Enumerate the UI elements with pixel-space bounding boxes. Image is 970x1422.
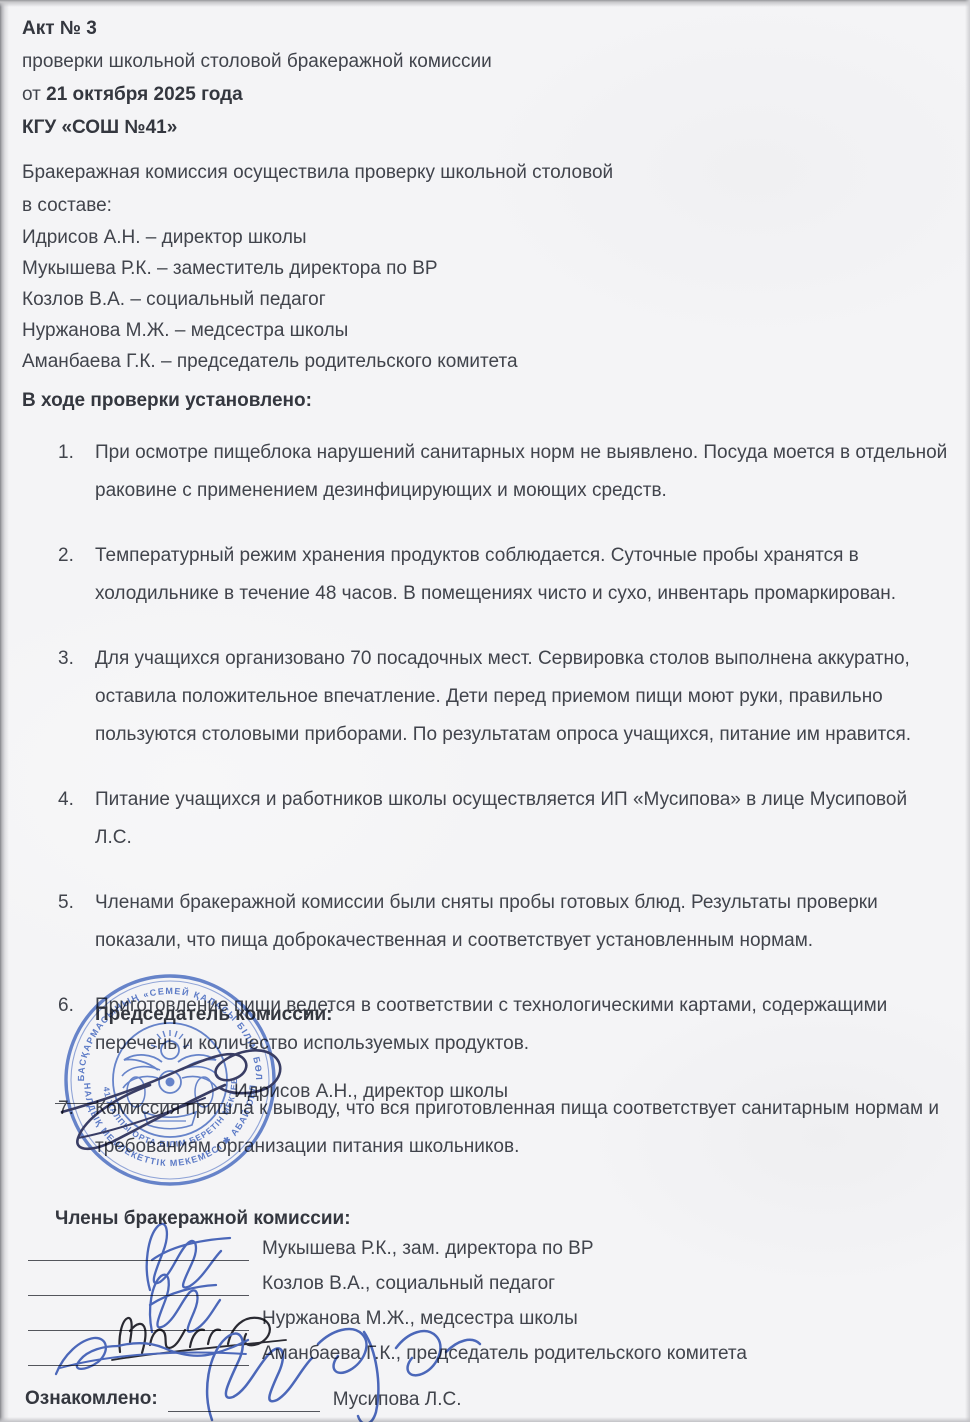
member-item: Аманбаева Г.К. – председатель родительск… xyxy=(22,346,518,377)
finding-item: 4.Питание учащихся и работников школы ос… xyxy=(0,781,970,884)
scan-edge-top xyxy=(0,0,970,7)
signature-line xyxy=(168,1377,320,1412)
item-number: 5. xyxy=(58,884,74,922)
document-title: Акт № 3 xyxy=(22,12,492,45)
member-signature-row: Козлов В.А., социальный педагог xyxy=(28,1261,747,1296)
document-header: Акт № 3 проверки школьной столовой браке… xyxy=(22,12,492,144)
acknowledged-name: Мусипова Л.С. xyxy=(333,1387,462,1412)
finding-item: 1.При осмотре пищеблока нарушений санита… xyxy=(0,434,970,537)
member-signature-name: Аманбаева Г.К., председатель родительско… xyxy=(262,1341,747,1366)
member-item: Козлов В.А. – социальный педагог xyxy=(22,284,518,315)
member-signature-name: Козлов В.А., социальный педагог xyxy=(262,1271,555,1296)
item-text: Температурный режим хранения продуктов с… xyxy=(95,545,896,604)
scanned-document-page: Акт № 3 проверки школьной столовой браке… xyxy=(0,0,970,1422)
acknowledged-label: Ознакомлено: xyxy=(25,1386,158,1412)
item-number: 1. xyxy=(58,434,74,472)
item-text: Членами бракеражной комиссии были сняты … xyxy=(95,892,878,951)
member-signature-name: Мукышева Р.К., зам. директора по ВР xyxy=(262,1236,594,1261)
finding-item: 7.Комиссия пришла к выводу, что вся приг… xyxy=(0,1090,970,1193)
date-prefix: от xyxy=(22,84,46,105)
item-text: Питание учащихся и работников школы осущ… xyxy=(95,789,907,848)
document-date-line: от 21 октября 2025 года xyxy=(22,78,492,111)
member-signature-row: Мукышева Р.К., зам. директора по ВР xyxy=(28,1226,747,1261)
intro-paragraph: Бракеражная комиссия осуществила проверк… xyxy=(22,156,613,222)
chairman-name: Идрисов А.Н., директор школы xyxy=(234,1080,508,1104)
signature-line xyxy=(28,1225,249,1261)
signature-line xyxy=(28,1260,249,1296)
document-subtitle: проверки школьной столовой бракеражной к… xyxy=(22,45,492,78)
finding-item: 2.Температурный режим хранения продуктов… xyxy=(0,537,970,640)
item-number: 2. xyxy=(58,537,74,575)
member-signature-rows: Мукышева Р.К., зам. директора по ВР Козл… xyxy=(28,1226,747,1366)
scan-edge-bottom xyxy=(0,1417,970,1422)
commission-members-list: Идрисов А.Н. – директор школы Мукышева Р… xyxy=(22,222,518,377)
intro-line-1: Бракеражная комиссия осуществила проверк… xyxy=(22,156,613,189)
member-item: Мукышева Р.К. – заместитель директора по… xyxy=(22,253,518,284)
school-name: КГУ «СОШ №41» xyxy=(22,111,492,144)
finding-item: 5.Членами бракеражной комиссии были снят… xyxy=(0,884,970,987)
chairman-heading: Председатель комиссии: xyxy=(95,1002,332,1028)
item-text: Комиссия пришла к выводу, что вся пригот… xyxy=(95,1098,939,1157)
member-signature-row: Аманбаева Г.К., председатель родительско… xyxy=(28,1331,747,1366)
findings-heading: В ходе проверки установлено: xyxy=(22,390,312,412)
member-item: Нуржанова М.Ж. – медсестра школы xyxy=(22,315,518,346)
item-text: При осмотре пищеблока нарушений санитарн… xyxy=(95,442,947,501)
item-number: 3. xyxy=(58,640,74,678)
item-number: 6. xyxy=(58,987,74,1025)
signature-line xyxy=(28,1330,249,1366)
member-item: Идрисов А.Н. – директор школы xyxy=(22,222,518,253)
signature-line xyxy=(55,1077,225,1104)
chairman-signature-row: Идрисов А.Н., директор школы xyxy=(55,1078,508,1104)
item-number: 4. xyxy=(58,781,74,819)
member-signature-row: Нуржанова М.Ж., медсестра школы xyxy=(28,1296,747,1331)
finding-item: 3.Для учащихся организовано 70 посадочны… xyxy=(0,640,970,781)
document-date: 21 октября 2025 года xyxy=(46,84,243,105)
item-text: Для учащихся организовано 70 посадочных … xyxy=(95,648,911,745)
acknowledged-row: Ознакомлено: Мусипова Л.С. xyxy=(25,1378,462,1412)
intro-line-2: в составе: xyxy=(22,189,613,222)
member-signature-name: Нуржанова М.Ж., медсестра школы xyxy=(262,1306,578,1331)
signature-line xyxy=(28,1295,249,1331)
